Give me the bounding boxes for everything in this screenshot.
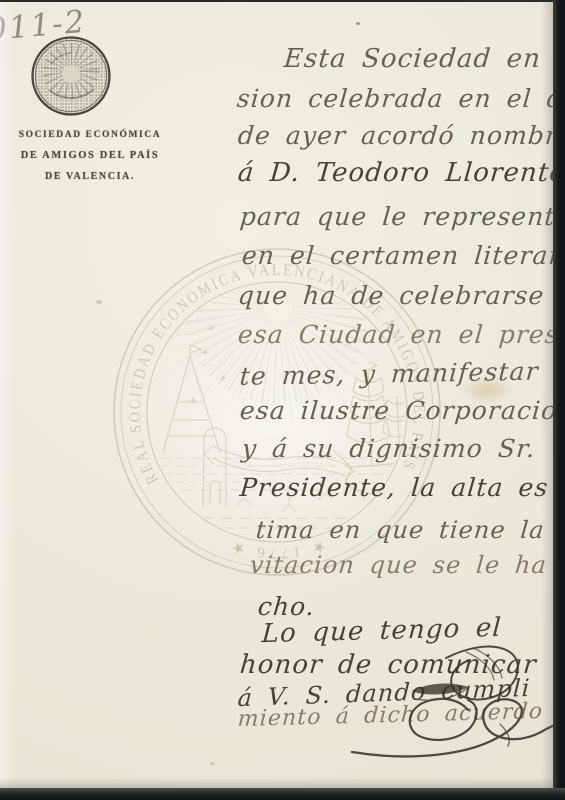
scan-edge-bottom — [0, 788, 565, 800]
page-edge-shadow — [541, 0, 553, 800]
page-edge-shadow — [0, 778, 565, 788]
document-page: 011-2 SOCIEDAD ECONÓMICA DE AMIGOS DEL P… — [0, 0, 565, 800]
scan-edge-right — [553, 0, 565, 800]
signature-flourish — [0, 0, 565, 800]
scan-edge-top — [0, 0, 565, 2]
